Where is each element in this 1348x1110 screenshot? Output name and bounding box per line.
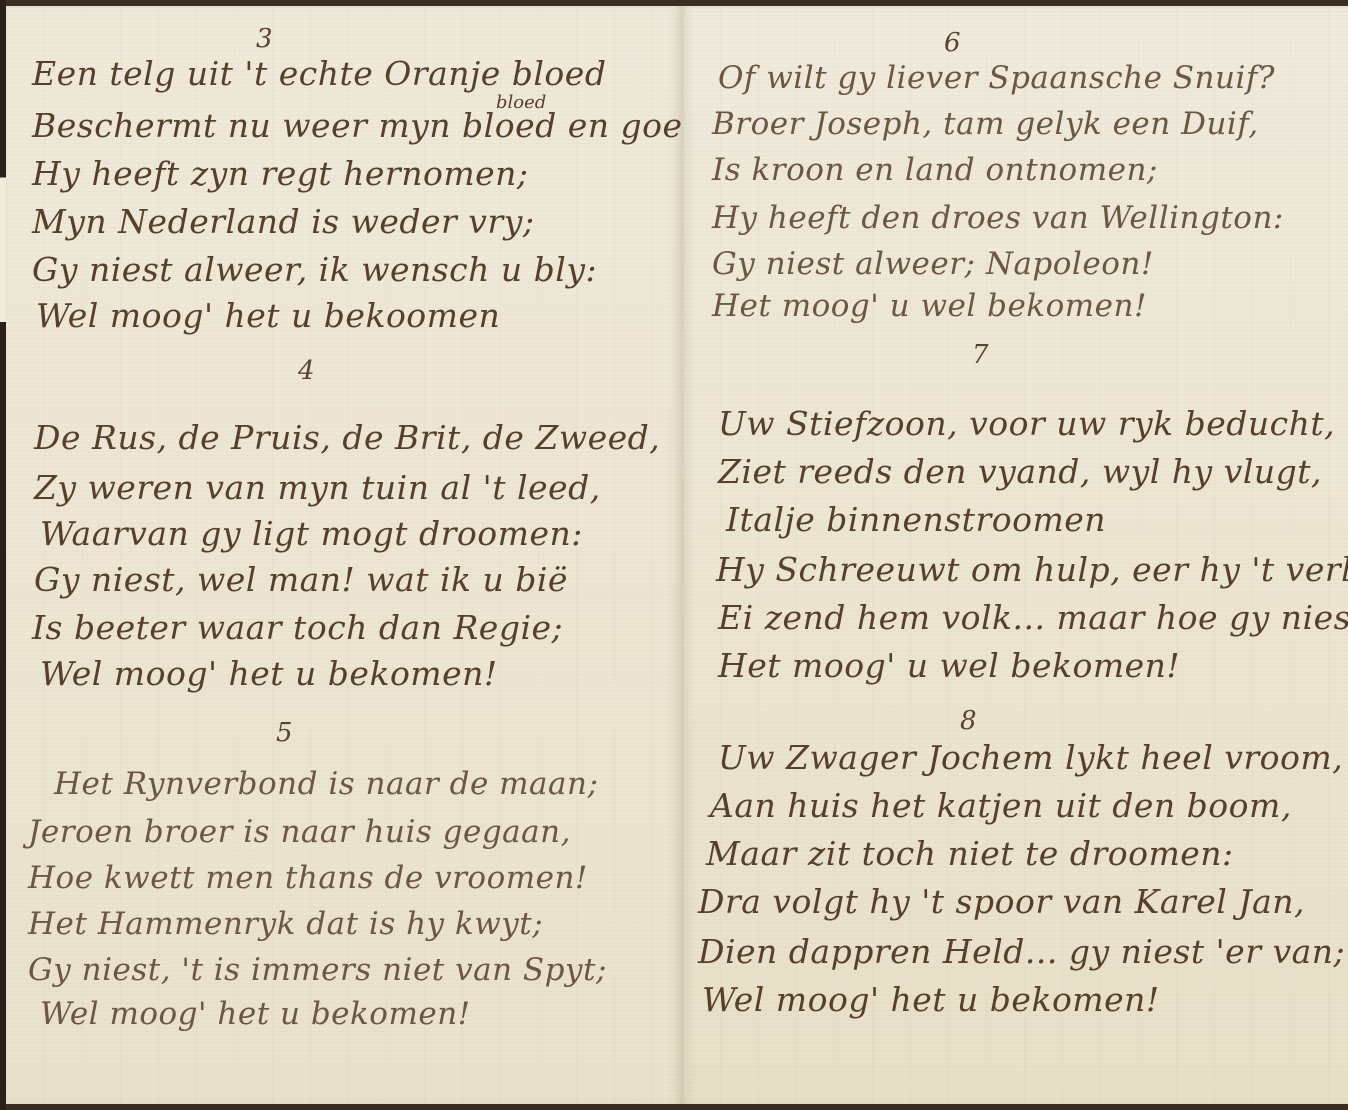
verse-line: Aan huis het katjen uit den boom, xyxy=(710,786,1292,825)
verse-line: Jeroen broer is naar huis gegaan, xyxy=(28,814,571,850)
verse-line: Hy heeft zyn regt hernomen; xyxy=(32,154,529,193)
verse-line: Gy niest alweer; Napoleon! xyxy=(712,246,1154,282)
stanza-number: 7 xyxy=(972,340,989,370)
verse-line: Hoe kwett men thans de vroomen! xyxy=(28,860,588,896)
verse-line: Hy Schreeuwt om hulp, eer hy 't verliest… xyxy=(716,550,1348,589)
verse-line: Uw Stiefzoon, voor uw ryk beducht, xyxy=(718,404,1335,443)
verse-line: De Rus, de Pruis, de Brit, de Zweed, xyxy=(34,418,660,457)
stanza-number: 3 xyxy=(256,24,273,54)
verse-line: Dra volgt hy 't spoor van Karel Jan, xyxy=(698,882,1305,921)
stanza-number: 4 xyxy=(298,356,315,386)
verse-line: Wel moog' het u bekomen! xyxy=(702,980,1160,1019)
verse-line: Italje binnenstroomen xyxy=(726,500,1106,539)
verse-line: Ei zend hem volk... maar hoe gy niest, xyxy=(718,598,1348,637)
verse-line: Het moog' u wel bekomen! xyxy=(712,288,1147,324)
left-page: 3 Een telg uit 't echte Oranje bloed blo… xyxy=(6,6,682,1104)
verse-line: Dien dappren Held... gy niest 'er van; xyxy=(698,932,1345,971)
verse-line: Waarvan gy ligt mogt droomen: xyxy=(40,514,583,553)
stanza-number: 8 xyxy=(960,706,977,736)
verse-line: Gy niest, 't is immers niet van Spyt; xyxy=(28,952,607,988)
verse-line: Een telg uit 't echte Oranje bloed xyxy=(32,54,606,93)
right-page: 6 Of wilt gy liever Spaansche Snuif? Bro… xyxy=(682,6,1348,1104)
verse-line: Is kroon en land ontnomen; xyxy=(712,152,1158,188)
stanza-number: 6 xyxy=(944,28,961,58)
verse-line: Wel moog' het u bekomen! xyxy=(40,654,498,693)
verse-line: Of wilt gy liever Spaansche Snuif? xyxy=(718,60,1275,96)
verse-line: Gy niest, wel man! wat ik u bië xyxy=(34,560,568,599)
verse-line: Myn Nederland is weder vry; xyxy=(32,202,534,241)
verse-line: Is beeter waar toch dan Regie; xyxy=(32,608,563,647)
verse-line: Wel moog' het u bekoomen xyxy=(36,296,500,335)
stanza-number: 5 xyxy=(276,718,293,748)
verse-line: Het Rynverbond is naar de maan; xyxy=(54,766,598,802)
verse-line: Hy heeft den droes van Wellington: xyxy=(712,200,1284,236)
verse-line: Uw Zwager Jochem lykt heel vroom, xyxy=(718,738,1343,777)
verse-line: Maar zit toch niet te droomen: xyxy=(706,834,1234,873)
verse-line: Gy niest alweer, ik wensch u bly: xyxy=(32,250,597,289)
verse-line: Broer Joseph, tam gelyk een Duif, xyxy=(712,106,1259,142)
manuscript-spread: 3 Een telg uit 't echte Oranje bloed blo… xyxy=(0,6,1348,1104)
verse-line: Wel moog' het u bekomen! xyxy=(40,996,471,1032)
verse-line: Het Hammenryk dat is hy kwyt; xyxy=(28,906,543,942)
verse-line: Beschermt nu weer myn bloed en goed; xyxy=(32,106,716,145)
verse-line: Zy weren van myn tuin al 't leed, xyxy=(34,468,601,507)
verse-line: Ziet reeds den vyand, wyl hy vlugt, xyxy=(718,452,1322,491)
verse-line: Het moog' u wel bekomen! xyxy=(718,646,1180,685)
